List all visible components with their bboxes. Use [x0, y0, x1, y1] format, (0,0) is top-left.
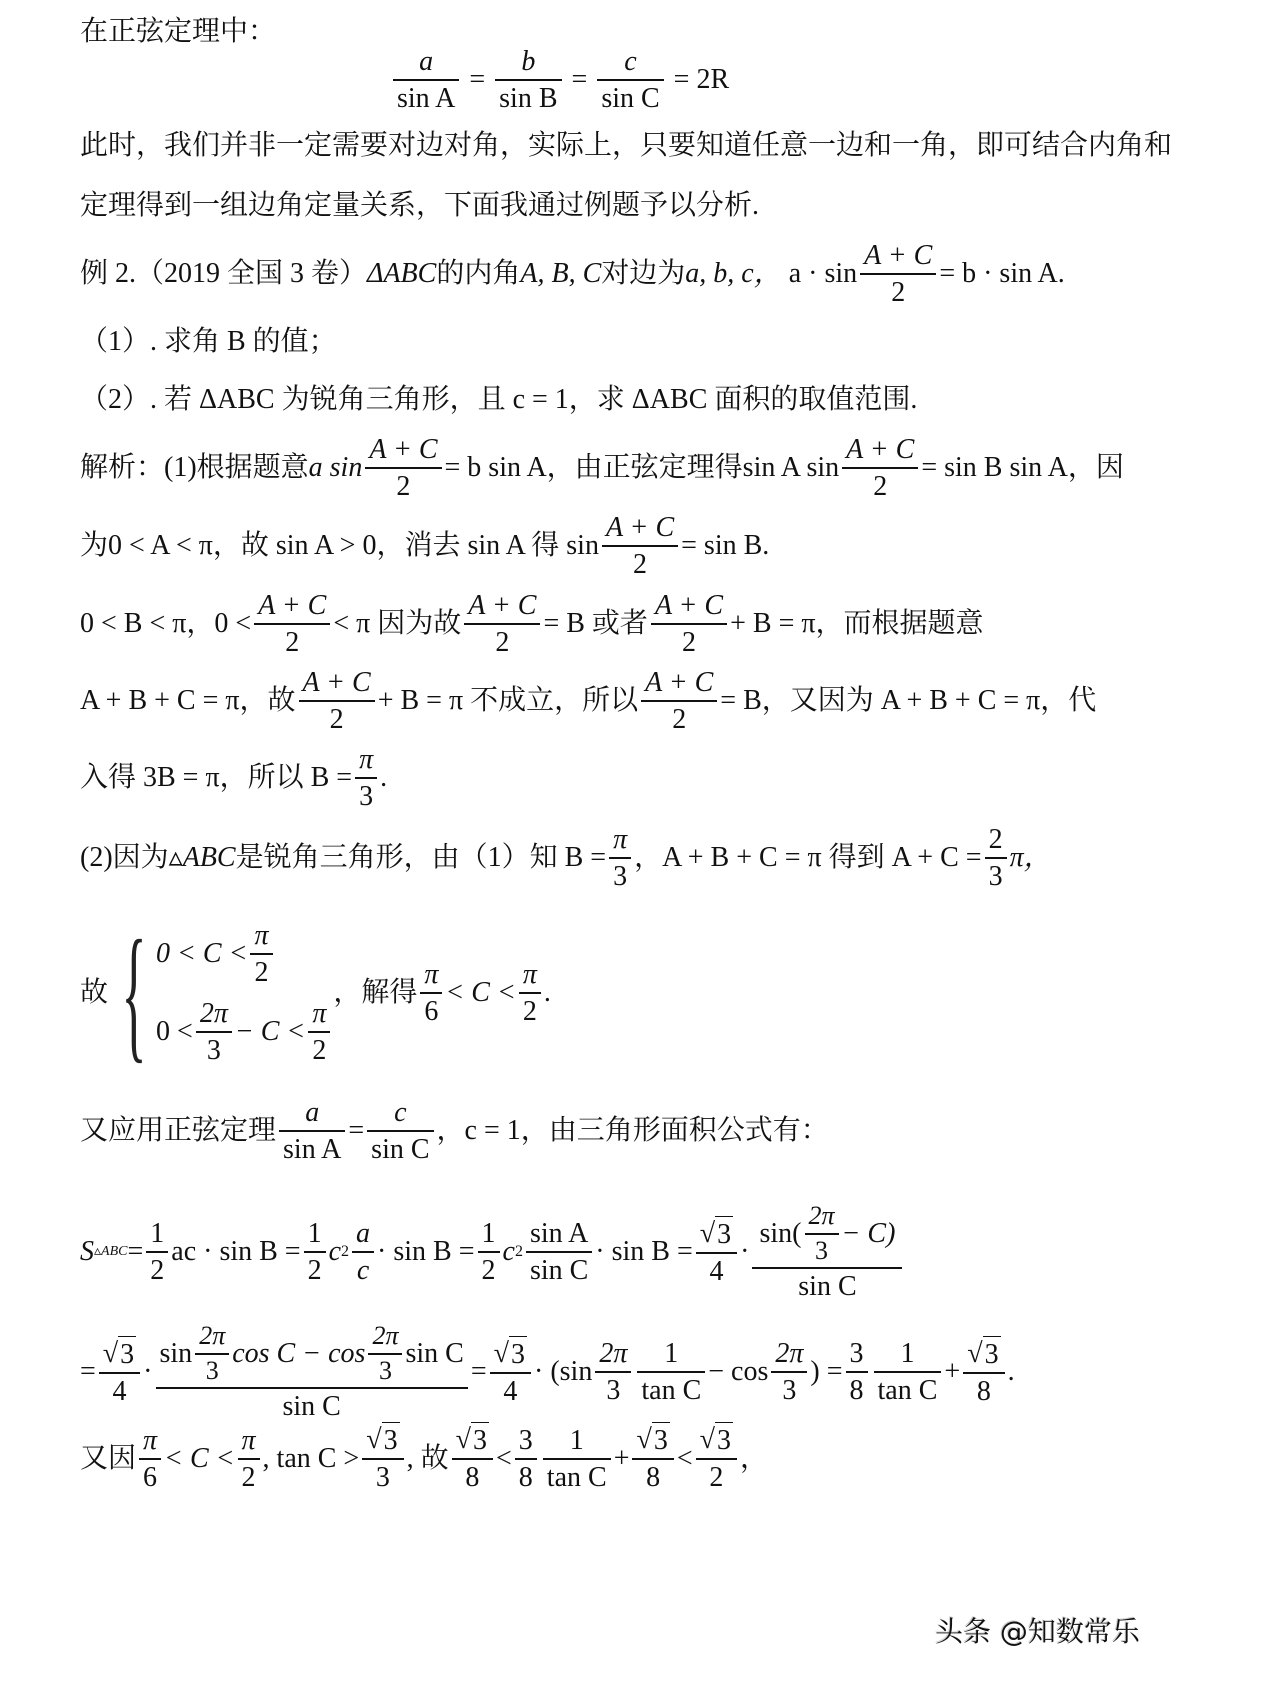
- denominator: sin C: [597, 81, 663, 116]
- text: 故: [80, 979, 108, 1007]
- paragraph-text: 此时，我们并非一定需要对边对角，实际上，只要知道任意一边和一角，即可结合内角和: [80, 132, 1172, 160]
- text: =: [127, 1238, 143, 1266]
- text: ，c = 1，由三角形面积公式有：: [437, 1117, 829, 1145]
- text: .: [380, 764, 387, 792]
- fraction: √32: [696, 1422, 737, 1495]
- numerator: π: [609, 822, 631, 857]
- denominator: 2: [281, 625, 303, 660]
- text: 解析：(1)根据题意: [80, 454, 309, 482]
- numerator: c: [390, 1095, 410, 1130]
- text: + B = π，而根据题意: [730, 610, 983, 638]
- text: +: [614, 1445, 630, 1473]
- heading-text: 在正弦定理中：: [80, 18, 276, 46]
- radicand: 3: [382, 1422, 400, 1458]
- numerator: π: [250, 918, 272, 953]
- paragraph-text: 定理得到一组边角定量关系，下面我通过例题予以分析.: [80, 192, 759, 220]
- denominator: sin A: [393, 81, 459, 116]
- numerator: c: [620, 44, 640, 79]
- denominator: 6: [420, 994, 442, 1029]
- numerator: A + C: [254, 588, 330, 623]
- watermark: 头条 @知数常乐: [935, 1610, 1140, 1650]
- numerator: 2π: [195, 1320, 229, 1353]
- subscript: ▵ABC: [94, 1245, 127, 1259]
- denominator: 2: [304, 1253, 326, 1288]
- denominator: 3: [372, 1460, 394, 1495]
- numerator: 1: [304, 1216, 326, 1251]
- fraction: π3: [609, 822, 631, 894]
- numerator: 2π: [368, 1320, 402, 1353]
- fraction: π2: [250, 918, 272, 990]
- sqrt-icon: √3: [366, 1422, 399, 1458]
- fraction: 12: [304, 1216, 326, 1288]
- numerator: b: [517, 44, 539, 79]
- text: 对边为: [601, 260, 685, 288]
- text: A + B + C = π，故: [80, 687, 296, 715]
- text: 又因: [80, 1445, 136, 1473]
- rhs: = 2R: [674, 66, 729, 94]
- solution-line-5: 入得 3B = π，所以 B = π3 .: [80, 742, 387, 814]
- text: ，解得: [333, 979, 417, 1007]
- fraction: A + C2: [365, 432, 441, 504]
- numerator: 2: [985, 822, 1007, 857]
- fraction: 1tan C: [637, 1336, 705, 1408]
- text: ·: [740, 1238, 749, 1266]
- fraction: ac: [352, 1216, 374, 1288]
- denominator: sin B: [495, 81, 561, 116]
- sqrt-icon: √3: [700, 1422, 733, 1458]
- denominator: sin C: [278, 1389, 344, 1424]
- denominator: 3: [985, 859, 1007, 894]
- denominator: 2: [478, 1253, 500, 1288]
- fraction: A + C2: [464, 588, 540, 660]
- area-formula-line-2: = √34 · sin 2π3 cos C − cos 2π3 sin C si…: [80, 1320, 1015, 1424]
- numerator: a: [352, 1216, 374, 1251]
- denominator: 3: [375, 1355, 396, 1388]
- text: c: [329, 1238, 341, 1266]
- fraction: 2π3: [771, 1336, 807, 1408]
- fraction: 38: [515, 1423, 537, 1495]
- fraction: A + C2: [254, 588, 330, 660]
- denominator: c: [353, 1253, 373, 1288]
- radicand: 3: [983, 1336, 1001, 1372]
- denominator: 3: [811, 1235, 832, 1268]
- text: sin C: [405, 1336, 463, 1371]
- text: · sin B =: [595, 1238, 692, 1266]
- fraction: π2: [519, 957, 541, 1029]
- fraction: csin C: [367, 1095, 433, 1167]
- fraction: A + C2: [602, 510, 678, 582]
- text: = sin B.: [681, 532, 769, 560]
- numerator: π: [420, 957, 442, 992]
- text: < C <: [164, 1445, 234, 1473]
- denominator: 2: [238, 1460, 260, 1495]
- intro-paragraph-1: 此时，我们并非一定需要对边对角，实际上，只要知道任意一边和一角，即可结合内角和: [80, 132, 1172, 160]
- denominator: tan C: [874, 1373, 942, 1408]
- denominator: 3: [778, 1373, 800, 1408]
- text: <: [496, 1445, 512, 1473]
- text: a, b, c，: [685, 260, 781, 288]
- area-symbol: S: [80, 1238, 94, 1266]
- text: .: [544, 979, 551, 1007]
- denominator: tan C: [637, 1373, 705, 1408]
- fraction: A + C2: [641, 665, 717, 737]
- denominator: 2: [678, 625, 700, 660]
- fraction: π6: [139, 1423, 161, 1495]
- numerator: 2π: [771, 1336, 807, 1371]
- numerator: A + C: [641, 665, 717, 700]
- text: < π 因为故: [333, 610, 461, 638]
- text: = b · sin A.: [939, 260, 1064, 288]
- numerator: A + C: [464, 588, 540, 623]
- fraction: sin(2π3− C) sin C: [752, 1200, 902, 1304]
- denominator: 4: [705, 1254, 727, 1289]
- text: ，: [740, 1445, 768, 1473]
- inequality-system: { 0 < C < π2 0 < 2π3 − C < π2: [108, 918, 333, 1068]
- numerator: 1: [566, 1423, 588, 1458]
- denominator: 2: [705, 1460, 727, 1495]
- text: π，: [1010, 844, 1052, 872]
- sqrt-icon: √3: [636, 1422, 669, 1458]
- fraction: 2π3: [196, 996, 232, 1068]
- left-brace-icon: {: [121, 918, 146, 1068]
- fraction: π6: [420, 957, 442, 1029]
- denominator: 2: [392, 469, 414, 504]
- text: sin A sin: [743, 454, 839, 482]
- sqrt-icon: √3: [967, 1336, 1000, 1372]
- denominator: 3: [202, 1355, 223, 1388]
- system-row-2: 0 < 2π3 − C < π2: [156, 996, 333, 1068]
- denominator: 8: [515, 1460, 537, 1495]
- text: 0 < C <: [156, 940, 247, 968]
- question-2: （2）. 若 ΔABC 为锐角三角形，且 c = 1，求 ΔABC 面积的取值范…: [80, 386, 917, 414]
- text: 的内角: [436, 260, 520, 288]
- intro-paragraph-2: 定理得到一组边角定量关系，下面我通过例题予以分析.: [80, 192, 759, 220]
- text: − C <: [235, 1018, 305, 1046]
- denominator: 2: [887, 275, 909, 310]
- radicand: 3: [471, 1422, 489, 1458]
- denominator: 2: [491, 625, 513, 660]
- numerator: π: [308, 996, 330, 1031]
- denominator: 8: [461, 1460, 483, 1495]
- denominator: 2: [251, 955, 273, 990]
- fraction: √38: [963, 1336, 1004, 1409]
- denominator: 6: [139, 1460, 161, 1495]
- numerator: π: [355, 742, 377, 777]
- text: 0 < A < π，故 sin A > 0，消去 sin A 得 sin: [108, 532, 599, 560]
- fraction-b: bsin B: [495, 44, 561, 116]
- sqrt-icon: √3: [456, 1422, 489, 1458]
- sqrt-icon: √3: [494, 1336, 527, 1372]
- text: c: [503, 1238, 515, 1266]
- law-of-sines-formula: asin A = bsin B = csin C = 2R: [390, 44, 729, 116]
- denominator: 4: [108, 1374, 130, 1409]
- text: ac · sin B =: [171, 1238, 300, 1266]
- text: − cos: [708, 1358, 768, 1386]
- denominator: 2: [308, 1033, 330, 1068]
- numerator: 1: [146, 1216, 168, 1251]
- intro-heading: 在正弦定理中：: [80, 18, 276, 46]
- text: sin: [160, 1336, 193, 1371]
- sqrt-icon: √3: [700, 1216, 733, 1252]
- numerator: 1: [896, 1336, 918, 1371]
- fraction: √38: [452, 1422, 493, 1495]
- example-statement: 例 2.（2019 全国 3 卷） ΔABC 的内角 A, B, C 对边为 a…: [80, 238, 1065, 310]
- text: · sin B =: [377, 1238, 474, 1266]
- text: +: [944, 1358, 960, 1386]
- text: a · sin: [789, 260, 857, 288]
- fraction: sin Asin C: [526, 1216, 592, 1288]
- denominator: 8: [846, 1373, 868, 1408]
- numerator: 1: [660, 1336, 682, 1371]
- numerator: A + C: [602, 510, 678, 545]
- text: 又应用正弦定理: [80, 1117, 276, 1145]
- denominator: sin A: [279, 1132, 345, 1167]
- fraction: A + C2: [299, 665, 375, 737]
- fraction: π2: [238, 1423, 260, 1495]
- numerator: 1: [478, 1216, 500, 1251]
- denominator: 2: [869, 469, 891, 504]
- text: 是锐角三角形，由（1）知 B =: [236, 844, 606, 872]
- radicand: 3: [509, 1336, 527, 1372]
- fraction: 38: [846, 1336, 868, 1408]
- denominator: 3: [602, 1373, 624, 1408]
- numerator: sin A: [526, 1216, 592, 1251]
- text: ) =: [810, 1358, 842, 1386]
- numerator: π: [238, 1423, 260, 1458]
- question-text: （1）. 求角 B 的值；: [80, 328, 337, 356]
- denominator: 3: [203, 1033, 225, 1068]
- denominator: 2: [146, 1253, 168, 1288]
- text: , tan C >: [263, 1445, 360, 1473]
- denominator: tan C: [543, 1460, 611, 1495]
- fraction: 12: [478, 1216, 500, 1288]
- fraction: √38: [632, 1422, 673, 1495]
- numerator: A + C: [651, 588, 727, 623]
- text: .: [1008, 1358, 1015, 1386]
- text: = b sin A，由正弦定理得: [445, 454, 743, 482]
- numerator: 2π: [595, 1336, 631, 1371]
- fraction: √34: [99, 1336, 140, 1409]
- fraction: A + C2: [651, 588, 727, 660]
- denominator: 8: [973, 1374, 995, 1409]
- text: sin(: [760, 1216, 802, 1251]
- triangle-symbol: ▵ABC: [169, 844, 236, 872]
- text: = B，又因为 A + B + C = π，代: [720, 687, 1096, 715]
- text: a sin: [309, 454, 363, 482]
- text: + B = π 不成立，所以: [378, 687, 638, 715]
- solution-line-3: 0 < B < π，0 < A + C2 < π 因为故 A + C2 = B …: [80, 588, 984, 660]
- text: =: [348, 1117, 364, 1145]
- denominator: 3: [355, 779, 377, 814]
- denominator: 2: [629, 547, 651, 582]
- text: < C <: [445, 979, 515, 1007]
- denominator: sin C: [794, 1269, 860, 1304]
- fraction-a: asin A: [393, 44, 459, 116]
- denominator: 3: [609, 859, 631, 894]
- numerator: a: [301, 1095, 323, 1130]
- fraction: A + C2: [842, 432, 918, 504]
- radicand: 3: [118, 1336, 136, 1372]
- denominator: 2: [519, 994, 541, 1029]
- text: 为: [80, 532, 108, 560]
- numerator: A + C: [299, 665, 375, 700]
- question-1: （1）. 求角 B 的值；: [80, 328, 337, 356]
- fraction: 12: [146, 1216, 168, 1288]
- text: cos C − cos: [232, 1336, 365, 1371]
- fraction: π3: [355, 742, 377, 814]
- text: 入得 3B = π，所以 B =: [80, 764, 352, 792]
- text: − C): [842, 1216, 896, 1251]
- solution-last-line: 又因 π6 < C < π2 , tan C > √33 , 故 √38 < 3…: [80, 1422, 768, 1495]
- solution-line-2: 为 0 < A < π，故 sin A > 0，消去 sin A 得 sin A…: [80, 510, 769, 582]
- text: <: [677, 1445, 693, 1473]
- fraction: √33: [362, 1422, 403, 1495]
- area-formula-line-1: S▵ABC = 12 ac · sin B = 12 c2 ac · sin B…: [80, 1200, 905, 1304]
- fraction: 1tan C: [874, 1336, 942, 1408]
- example-title: 例 2.（2019 全国 3 卷）: [80, 260, 367, 288]
- numerator: 2π: [196, 996, 232, 1031]
- text: , 故: [407, 1445, 449, 1473]
- text: =: [471, 1358, 487, 1386]
- fraction: A + C2: [860, 238, 936, 310]
- solution-line-4: A + B + C = π，故 A + C2 + B = π 不成立，所以 A …: [80, 665, 1096, 737]
- superscript: 2: [341, 1244, 349, 1260]
- solution-line-1: 解析：(1)根据题意 a sin A + C2 = b sin A，由正弦定理得…: [80, 432, 1124, 504]
- numerator: A + C: [842, 432, 918, 467]
- numerator: A + C: [365, 432, 441, 467]
- text: (2)因为: [80, 844, 169, 872]
- question-text: （2）. 若 ΔABC 为锐角三角形，且 c = 1，求 ΔABC 面积的取值范…: [80, 386, 917, 414]
- fraction: asin A: [279, 1095, 345, 1167]
- text: 0 < B < π，0 <: [80, 610, 251, 638]
- denominator: 2: [326, 702, 348, 737]
- denominator: 2: [668, 702, 690, 737]
- numerator: π: [519, 957, 541, 992]
- denominator: 8: [642, 1460, 664, 1495]
- text: = B 或者: [543, 610, 647, 638]
- text: = sin B sin A，因: [921, 454, 1124, 482]
- text: A, B, C: [520, 260, 601, 288]
- numerator: π: [139, 1423, 161, 1458]
- triangle-symbol: ΔABC: [367, 260, 436, 288]
- text: 0 <: [156, 1018, 193, 1046]
- fraction: √34: [696, 1216, 737, 1289]
- sqrt-icon: √3: [103, 1336, 136, 1372]
- numerator: 3: [515, 1423, 537, 1458]
- numerator: 2π: [805, 1200, 839, 1233]
- radicand: 3: [715, 1216, 733, 1252]
- solution-part-2-line: (2)因为 ▵ABC 是锐角三角形，由（1）知 B = π3 ，A + B + …: [80, 822, 1052, 894]
- denominator: 4: [499, 1374, 521, 1409]
- inequality-system-line: 故 { 0 < C < π2 0 < 2π3 − C < π2 ，解得 π6 <…: [80, 918, 551, 1068]
- fraction: π2: [308, 996, 330, 1068]
- solution-line-apply: 又应用正弦定理 asin A = csin C ，c = 1，由三角形面积公式有…: [80, 1095, 829, 1167]
- superscript: 2: [515, 1244, 523, 1260]
- fraction: 1tan C: [543, 1423, 611, 1495]
- radicand: 3: [652, 1422, 670, 1458]
- fraction: √34: [490, 1336, 531, 1409]
- fraction: sin 2π3 cos C − cos 2π3 sin C sin C: [156, 1320, 468, 1424]
- fraction-c: csin C: [597, 44, 663, 116]
- system-row-1: 0 < C < π2: [156, 918, 333, 990]
- denominator: sin C: [367, 1132, 433, 1167]
- radicand: 3: [715, 1422, 733, 1458]
- fraction: 2π3: [595, 1336, 631, 1408]
- text: ，A + B + C = π 得到 A + C =: [634, 844, 981, 872]
- fraction: 23: [985, 822, 1007, 894]
- numerator: 3: [846, 1336, 868, 1371]
- numerator: a: [415, 44, 437, 79]
- numerator: A + C: [860, 238, 936, 273]
- denominator: sin C: [526, 1253, 592, 1288]
- text: · (sin: [534, 1358, 592, 1386]
